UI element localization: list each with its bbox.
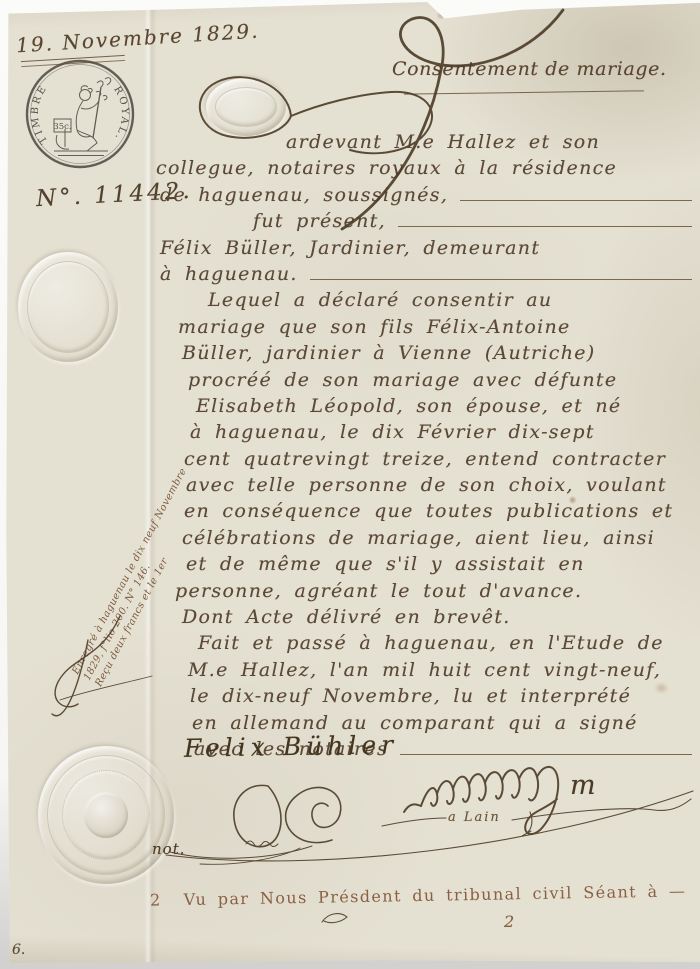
notary-abbreviation: not.	[152, 840, 186, 858]
tribunal-annotation-prefix: 2	[150, 890, 162, 909]
blank-filler-line	[400, 754, 692, 755]
blank-filler-line	[398, 226, 692, 227]
manuscript-line: et de même que s'il y assistait en	[148, 553, 696, 579]
blank-filler-line	[310, 279, 692, 280]
manuscript-line: cent quatrevingt treize, entend contract…	[148, 448, 696, 474]
manuscript-line: fut présent,	[148, 210, 696, 236]
page-corner-note: 6.	[12, 942, 25, 958]
manuscript-line: à haguenau, le dix Février dix-sept	[148, 421, 696, 447]
embossed-oval-seal	[206, 78, 286, 136]
document-title: Consentement de mariage.	[392, 58, 667, 80]
manuscript-line: personne, agréant le tout d'avance.	[148, 580, 696, 606]
manuscript-line: Elisabeth Léopold, son épouse, et né	[148, 395, 696, 421]
manuscript-line: Dont Acte délivré en brevêt.	[148, 606, 696, 632]
manuscript-line: mariage que son fils Félix-Antoine	[148, 316, 696, 342]
manuscript-line: Fait et passé à haguenau, en l'Etude de	[148, 632, 696, 658]
party-signature: Felix Bühler	[184, 730, 399, 763]
manuscript-line: Félix Büller, Jardinier, demeurant	[148, 237, 696, 263]
manuscript-line: Büller, jardinier à Vienne (Autriche)	[148, 342, 696, 368]
scanned-document: 35c. TIMBRE ROYAL. 19. Novembre 1829. N°…	[0, 0, 700, 969]
manuscript-line: ardevant M.e Hallez et son	[148, 131, 696, 157]
manuscript-line: M.e Hallez, l'an mil huit cent vingt-neu…	[148, 659, 696, 685]
manuscript-line: célébrations de mariage, aient lieu, ain…	[148, 527, 696, 553]
manuscript-line: à haguenau.	[148, 263, 696, 289]
manuscript-line: collegue, notaires royaux à la résidence	[148, 157, 696, 183]
notary-signature-suffix: m	[570, 770, 596, 801]
seal-inner-ring	[62, 770, 150, 860]
footer-flourish-mark: 2	[504, 912, 514, 931]
manuscript-body: ardevant M.e Hallez et son collegue, not…	[148, 131, 696, 764]
manuscript-line: le dix-neuf Novembre, lu et interprété	[148, 685, 696, 711]
tribunal-annotation-dash: —	[669, 881, 687, 900]
embossed-seal-left	[18, 252, 118, 362]
manuscript-line: de haguenau, soussignés,	[148, 184, 696, 210]
secondary-signature: a Lain	[448, 810, 501, 825]
manuscript-line: en conséquence que toutes publications e…	[148, 500, 696, 526]
embossed-seal-bottom	[38, 746, 174, 884]
manuscript-line: procréé de son mariage avec défunte	[148, 369, 696, 395]
manuscript-line: Lequel a déclaré consentir au	[148, 289, 696, 315]
manuscript-line: avec telle personne de son choix, voulan…	[148, 474, 696, 500]
blank-filler-line	[460, 200, 692, 201]
seal-center-medallion	[84, 792, 128, 838]
